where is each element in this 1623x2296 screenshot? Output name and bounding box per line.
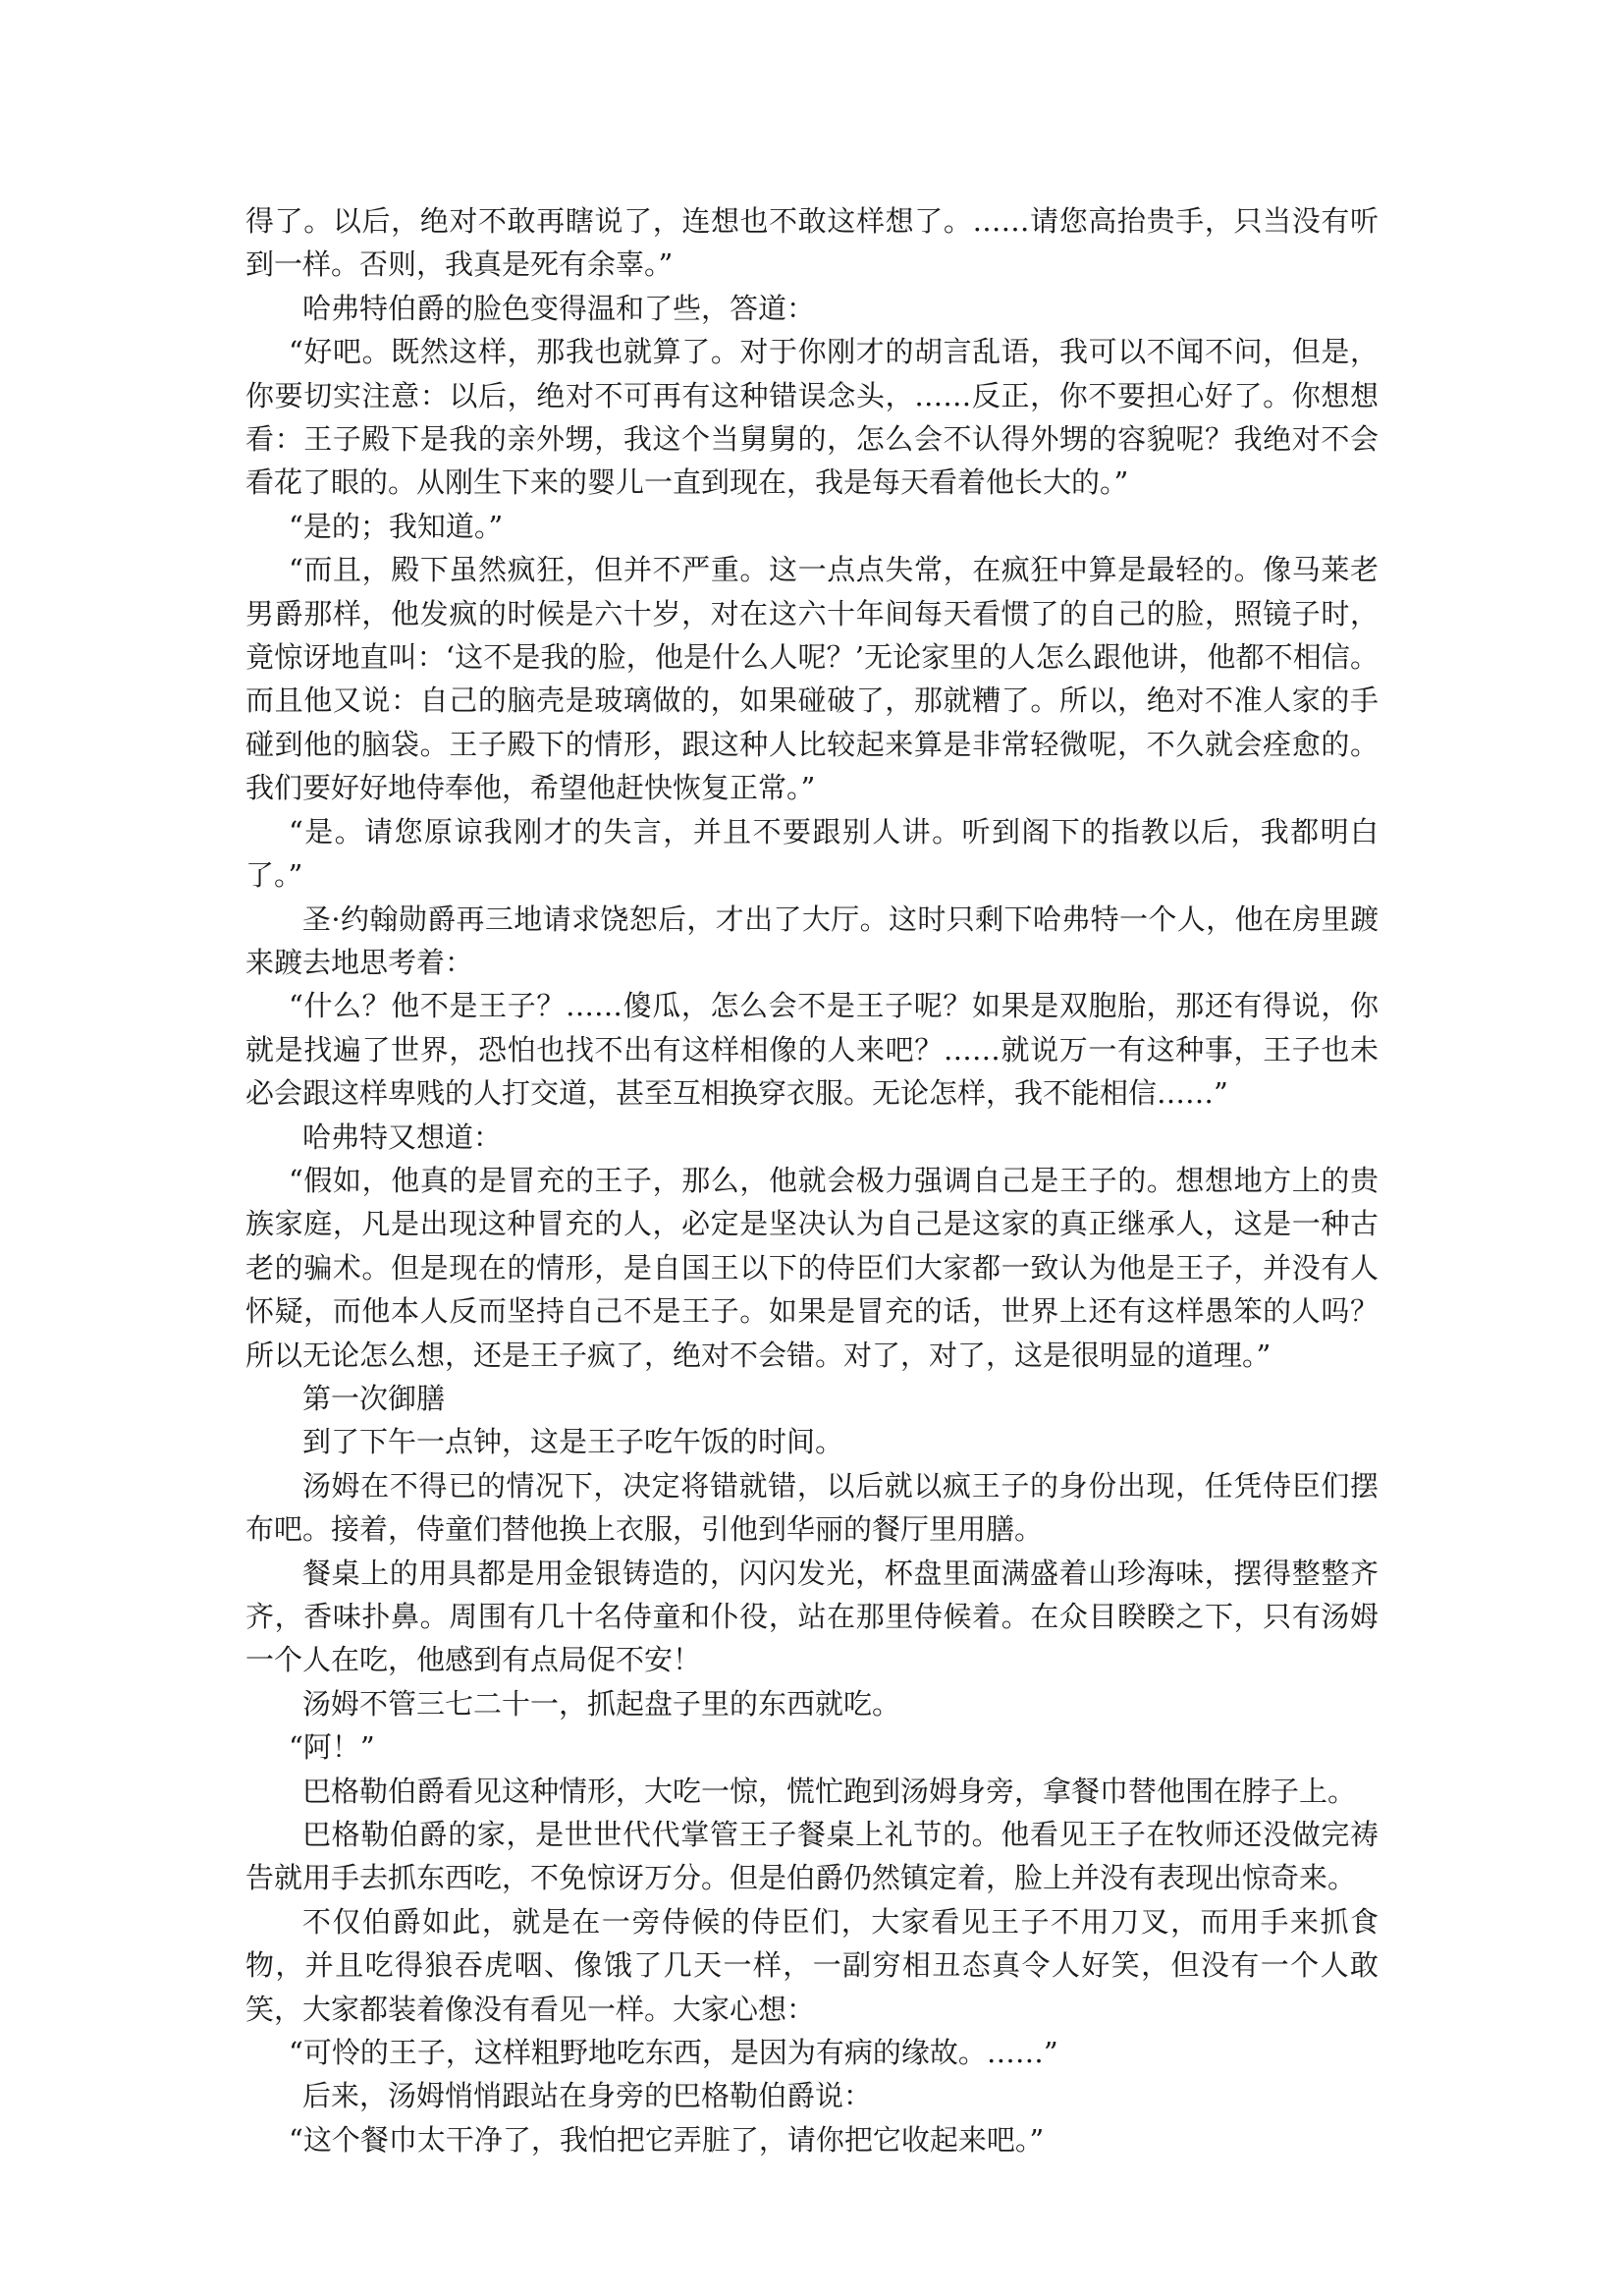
paragraph: 巴格勒伯爵的家，是世世代代掌管王子餐桌上礼节的。他看见王子在牧师还没做完祷告就用… bbox=[245, 1813, 1379, 1900]
paragraph: “好吧。既然这样，那我也就算了。对于你刚才的胡言乱语，我可以不闻不问，但是，你要… bbox=[245, 330, 1379, 505]
paragraph: 哈弗特伯爵的脸色变得温和了些，答道： bbox=[245, 287, 1379, 330]
paragraph: 餐桌上的用具都是用金银铸造的，闪闪发光，杯盘里面满盛着山珍海味，摆得整整齐齐，香… bbox=[245, 1552, 1379, 1682]
paragraph: “是。请您原谅我刚才的失言，并且不要跟别人讲。听到阁下的指教以后，我都明白了。” bbox=[245, 810, 1379, 898]
paragraph: 哈弗特又想道： bbox=[245, 1116, 1379, 1159]
paragraph: 汤姆不管三七二十一，抓起盘子里的东西就吃。 bbox=[245, 1682, 1379, 1725]
paragraph: “什么？他不是王子？……傻瓜，怎么会不是王子呢？如果是双胞胎，那还有得说，你就是… bbox=[245, 984, 1379, 1115]
paragraph: 到了下午一点钟，这是王子吃午饭的时间。 bbox=[245, 1420, 1379, 1463]
document-page: 得了。以后，绝对不敢再瞎说了，连想也不敢这样想了。……请您高抬贵手，只当没有听到… bbox=[245, 199, 1379, 2161]
paragraph: “而且，殿下虽然疯狂，但并不严重。这一点点失常，在疯狂中算是最轻的。像马莱老男爵… bbox=[245, 548, 1379, 809]
paragraph: “是的；我知道。” bbox=[245, 505, 1379, 548]
paragraph: 后来，汤姆悄悄跟站在身旁的巴格勒伯爵说： bbox=[245, 2074, 1379, 2117]
paragraph: “这个餐巾太干净了，我怕把它弄脏了，请你把它收起来吧。” bbox=[245, 2118, 1379, 2161]
paragraph: 汤姆在不得已的情况下，决定将错就错，以后就以疯王子的身份出现，任凭侍臣们摆布吧。… bbox=[245, 1464, 1379, 1552]
paragraph: “可怜的王子，这样粗野地吃东西，是因为有病的缘故。……” bbox=[245, 2031, 1379, 2074]
section-heading: 第一次御膳 bbox=[245, 1377, 1379, 1420]
paragraph: 巴格勒伯爵看见这种情形，大吃一惊，慌忙跑到汤姆身旁，拿餐巾替他围在脖子上。 bbox=[245, 1770, 1379, 1813]
paragraph: 不仅伯爵如此，就是在一旁侍候的侍臣们，大家看见王子不用刀叉，而用手来抓食物，并且… bbox=[245, 1900, 1379, 2031]
paragraph: 圣·约翰勋爵再三地请求饶恕后，才出了大厅。这时只剩下哈弗特一个人，他在房里踱来踱… bbox=[245, 898, 1379, 985]
paragraph: “阿！” bbox=[245, 1725, 1379, 1769]
paragraph: 得了。以后，绝对不敢再瞎说了，连想也不敢这样想了。……请您高抬贵手，只当没有听到… bbox=[245, 199, 1379, 287]
paragraph: “假如，他真的是冒充的王子，那么，他就会极力强调自己是王子的。想想地方上的贵族家… bbox=[245, 1159, 1379, 1377]
